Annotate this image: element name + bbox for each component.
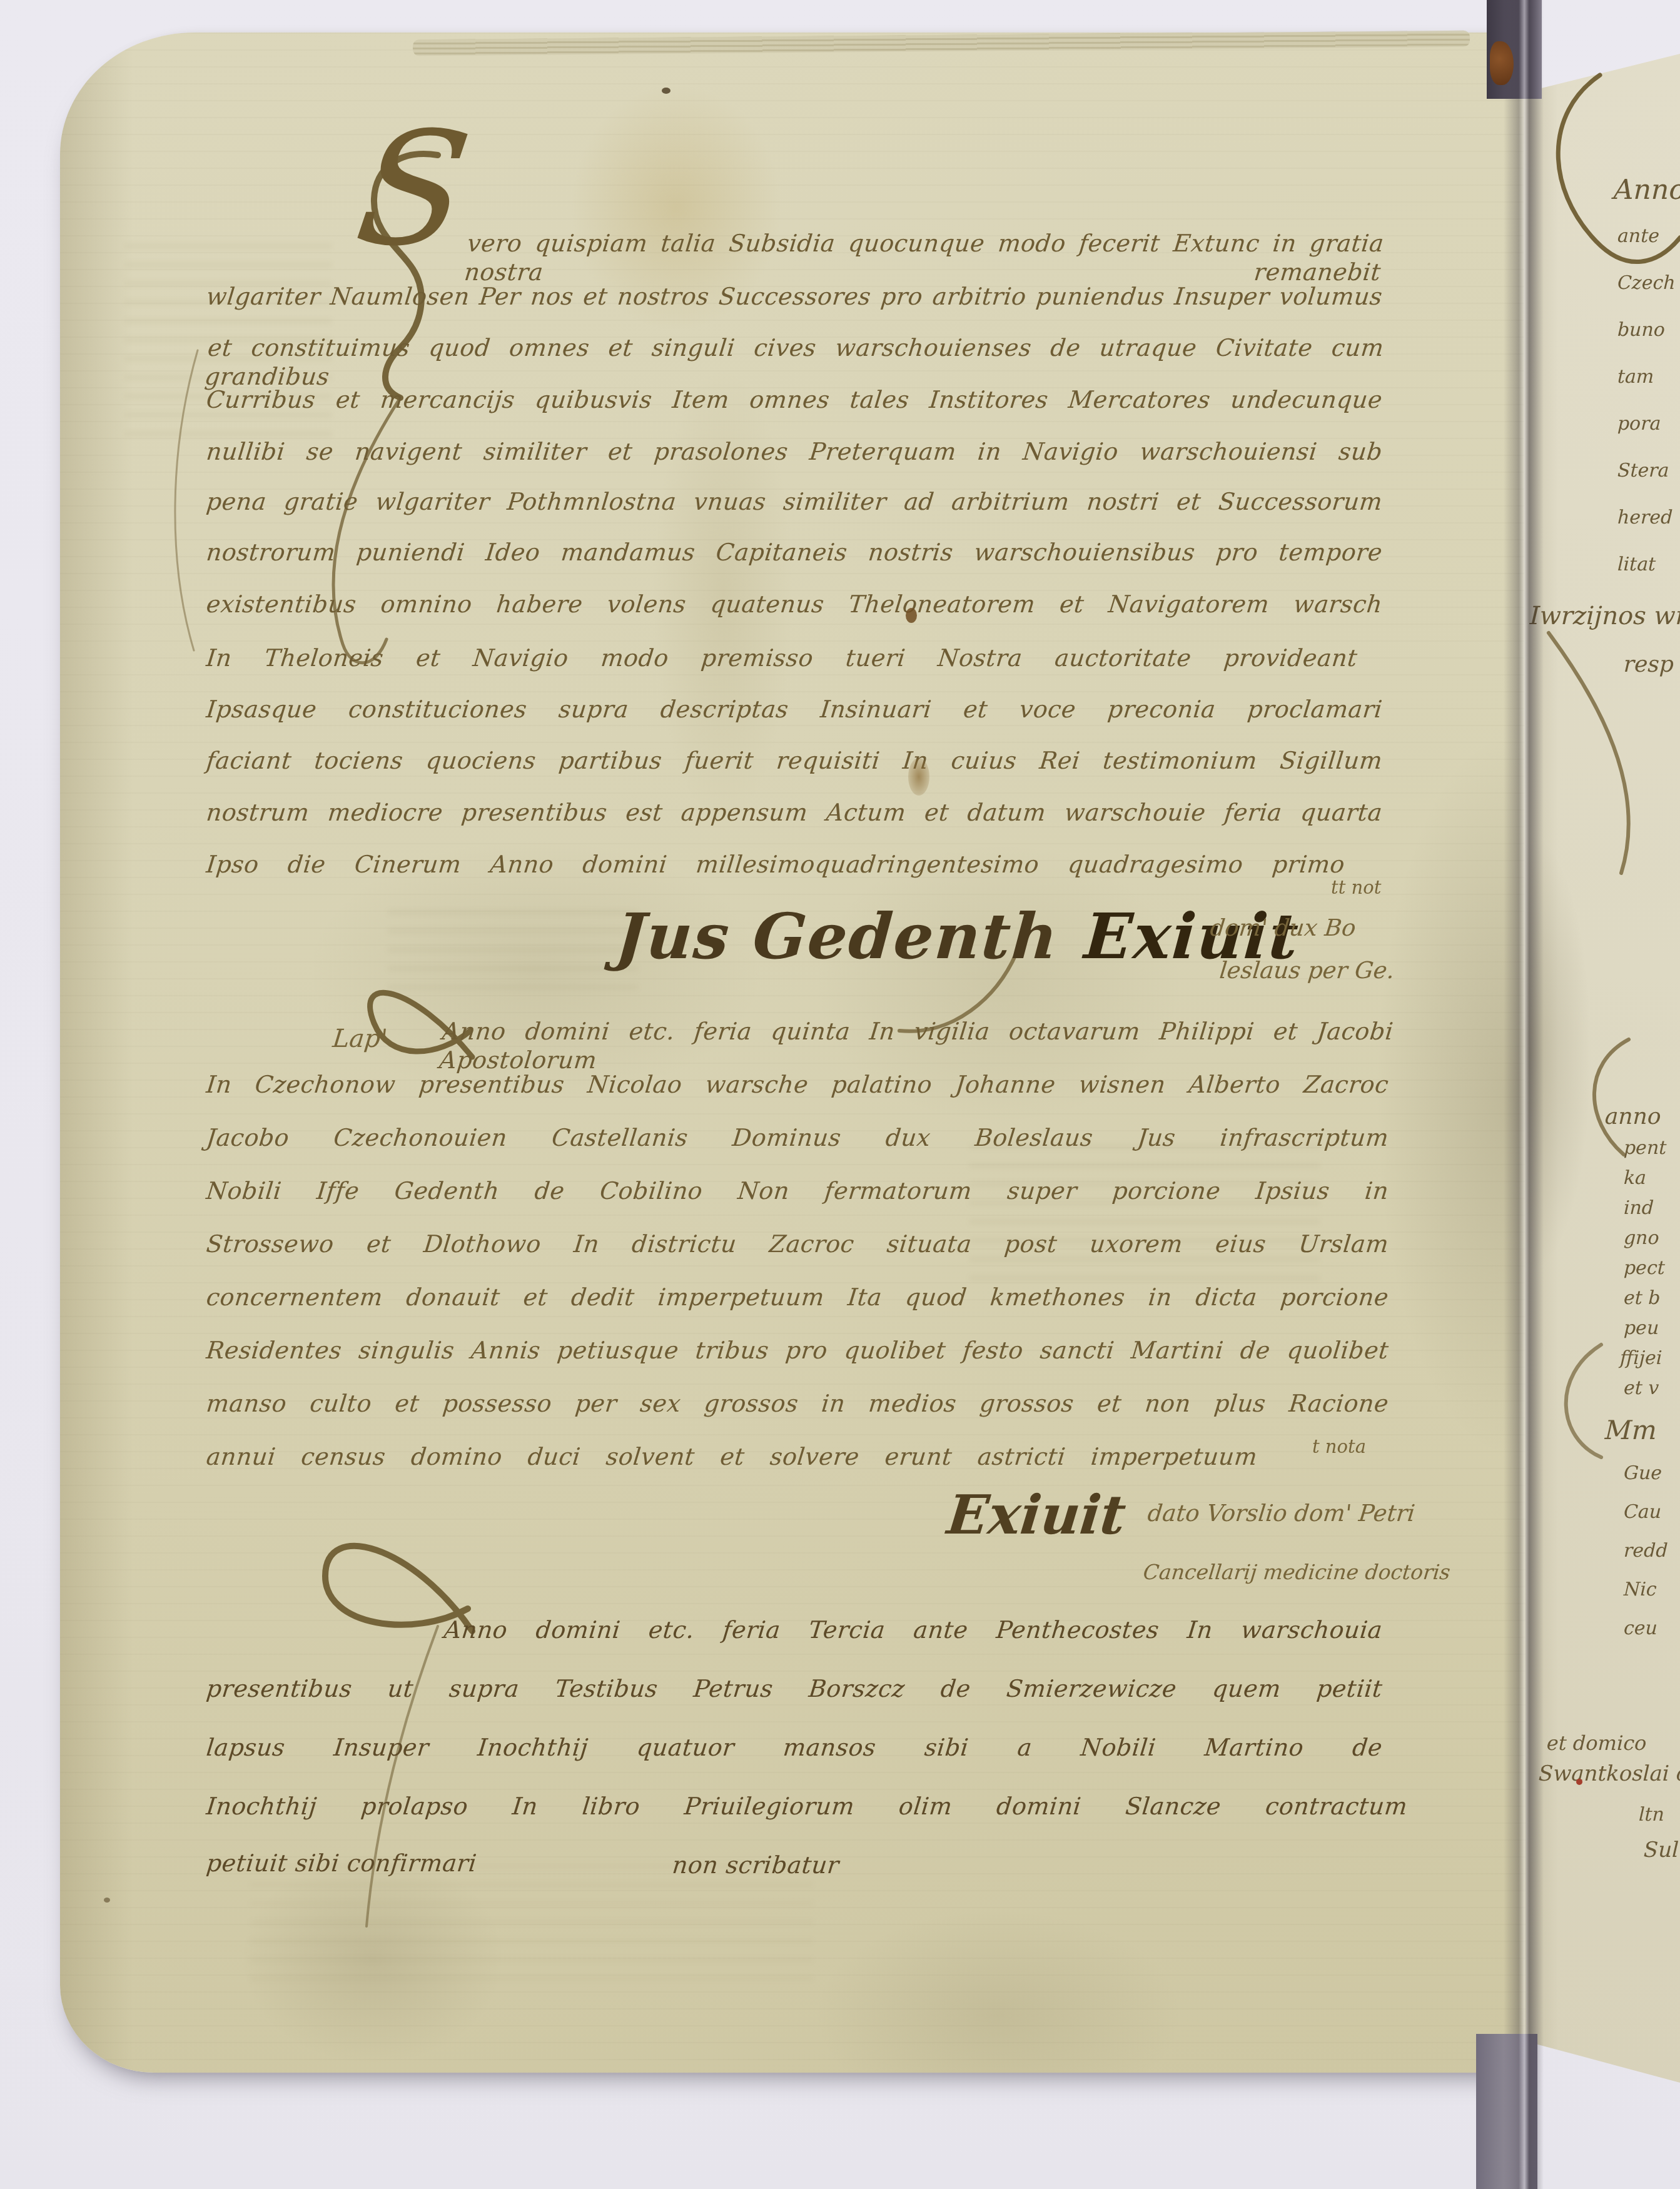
manuscript-line: et constituimus quod omnes et singuli ci… bbox=[203, 334, 1385, 391]
ink-speck bbox=[662, 88, 670, 94]
right-page-fragment-line: et domico bbox=[1546, 1731, 1647, 1755]
right-page-fragment-line: pect bbox=[1623, 1257, 1665, 1279]
right-page-fragment-line: resp bbox=[1623, 652, 1674, 677]
ink-speck bbox=[104, 1898, 110, 1903]
manuscript-line: Jacobo Czechonouien Castellanis Dominus … bbox=[205, 1124, 1390, 1153]
manuscript-line: nostrorum puniendi Ideo mandamus Capitan… bbox=[205, 538, 1384, 567]
right-page-fragment-line: gno bbox=[1623, 1227, 1659, 1249]
right-page-fragment-line: hered bbox=[1617, 507, 1673, 528]
right-page-fragment-line: Nic bbox=[1623, 1579, 1657, 1600]
ink-speck bbox=[906, 608, 917, 623]
red-speck bbox=[1576, 1779, 1582, 1785]
right-page-fragment-line: ffijei bbox=[1619, 1347, 1662, 1369]
right-page-fragment-line: ceu bbox=[1623, 1617, 1657, 1639]
binding-fragment bbox=[1490, 41, 1514, 85]
manuscript-line: In Czechonow presentibus Nicolao warsche… bbox=[205, 1071, 1390, 1100]
manuscript-line: Nobili Iffe Gedenth de Cobilino Non ferm… bbox=[205, 1177, 1390, 1206]
right-page-fragment-line: redd bbox=[1623, 1540, 1668, 1562]
ghost-showthrough bbox=[250, 1864, 813, 1989]
manuscript-line: nostrum mediocre presentibus est appensu… bbox=[205, 799, 1384, 827]
manuscript-line: Ipsasque constituciones supra descriptas… bbox=[205, 695, 1384, 724]
manuscript-line: petiuit sibi confirmari bbox=[205, 1849, 596, 1878]
manuscript-line: Anno domini etc. feria quinta In vigilia… bbox=[438, 1018, 1395, 1074]
right-page-fragment-line: Mm bbox=[1604, 1415, 1657, 1445]
manuscript-line: annui census domino duci solvent et solv… bbox=[205, 1443, 1259, 1472]
ghost-showthrough bbox=[969, 1145, 1320, 1282]
manuscript-line: Anno domini etc. feria Tercia ante Penth… bbox=[443, 1616, 1384, 1645]
manuscript-line: Ipso die Cinerum Anno domini millesimoqu… bbox=[205, 851, 1347, 879]
manuscript-line: wlgariter Naumlosen Per nos et nostros S… bbox=[205, 283, 1384, 311]
subscription-exiuit: Exiuit bbox=[944, 1484, 1129, 1547]
ink-stain bbox=[908, 758, 929, 796]
heading-jus: Jus Gedenth bbox=[614, 899, 1061, 973]
notary-mark: t nota bbox=[1312, 1436, 1366, 1457]
manuscript-line: Strossewo et Dlothowo In districtu Zacro… bbox=[205, 1230, 1390, 1259]
manuscript-line: vero quispiam talia Subsidia quocunque m… bbox=[463, 230, 1385, 286]
cancellation-note: non scribatur bbox=[671, 1851, 841, 1880]
manuscript-line: existentibus omnino habere volens quaten… bbox=[205, 590, 1384, 619]
manuscript-line: faciant tociens quociens partibus fuerit… bbox=[205, 747, 1384, 776]
right-page-fragment-line: litat bbox=[1617, 554, 1656, 575]
right-page-fragment-line: Cau bbox=[1623, 1501, 1661, 1523]
manuscript-line: pena gratie wlgariter Pothmnlostna vnuas… bbox=[205, 488, 1384, 517]
manuscript-line: In Theloneis et Navigio modo premisso tu… bbox=[205, 644, 1359, 673]
right-page-fragment-line: ka bbox=[1623, 1167, 1646, 1189]
section-heading: Jus GedenthExiuit bbox=[614, 899, 1302, 973]
right-page-fragment-line: et b bbox=[1623, 1287, 1661, 1309]
right-page-fragment-line: ltn bbox=[1638, 1804, 1664, 1826]
manuscript-line: Inochthij prolapso In libro Priuilegioru… bbox=[205, 1792, 1409, 1821]
subscription-note: dato Vorslio dom' Petri bbox=[1146, 1500, 1417, 1527]
manuscript-line: Residentes singulis Annis petiusque trib… bbox=[205, 1337, 1390, 1365]
right-page-fragment-line: ind bbox=[1623, 1197, 1654, 1219]
right-page-fragment-line: Gue bbox=[1623, 1462, 1662, 1484]
manuscript-line: Curribus et mercancijs quibusvis Item om… bbox=[205, 386, 1384, 415]
right-page-fragment-line: Czech bbox=[1617, 272, 1676, 294]
manuscript-line: concernentem donauit et dedit imperpetuu… bbox=[205, 1283, 1390, 1312]
margin-note: Lap' bbox=[331, 1024, 389, 1053]
subscription-note: Cancellarij medicine doctoris bbox=[1142, 1560, 1452, 1584]
right-page-fragment-line: Swantkoslai co bbox=[1538, 1761, 1680, 1786]
manuscript-photo: S vero quispiam talia Subsidia quocunque… bbox=[0, 0, 1680, 2189]
right-page-fragment-line: Sul bbox=[1643, 1838, 1679, 1863]
manuscript-line: lapsus Insuper Inochthij quatuor mansos … bbox=[205, 1734, 1384, 1762]
right-page-fragment-line: tam bbox=[1617, 366, 1654, 388]
right-page-fragment-line: pent bbox=[1623, 1137, 1667, 1159]
initial-s: S bbox=[348, 111, 477, 268]
right-page-fragment-line: Anno bbox=[1613, 174, 1680, 206]
right-page-fragment-line: buno bbox=[1617, 319, 1665, 341]
heading-sidenote: leslaus per Ge. bbox=[1218, 957, 1396, 984]
manuscript-line: nullibi se navigent similiter et prasolo… bbox=[205, 438, 1384, 467]
right-page-fragment-line: anno bbox=[1604, 1104, 1661, 1130]
heading-sidenote: dom' dux Bo bbox=[1209, 914, 1357, 941]
right-page-fragment-line: Iwrzijnos wrs bbox=[1529, 602, 1680, 630]
gutter-crease bbox=[1504, 0, 1544, 2189]
ghost-showthrough bbox=[388, 910, 638, 991]
right-page-fragment-line: peu bbox=[1623, 1317, 1659, 1339]
right-page-fragment-line: pora bbox=[1617, 413, 1661, 435]
notary-mark: tt not bbox=[1331, 877, 1381, 898]
right-page-fragment-line: et v bbox=[1623, 1377, 1659, 1399]
right-page-fragment-line: Stera bbox=[1617, 460, 1669, 482]
right-page-fragment-line: ante bbox=[1617, 225, 1659, 247]
manuscript-line: presentibus ut supra Testibus Petrus Bor… bbox=[205, 1675, 1384, 1704]
manuscript-line: manso culto et possesso per sex grossos … bbox=[205, 1390, 1390, 1418]
